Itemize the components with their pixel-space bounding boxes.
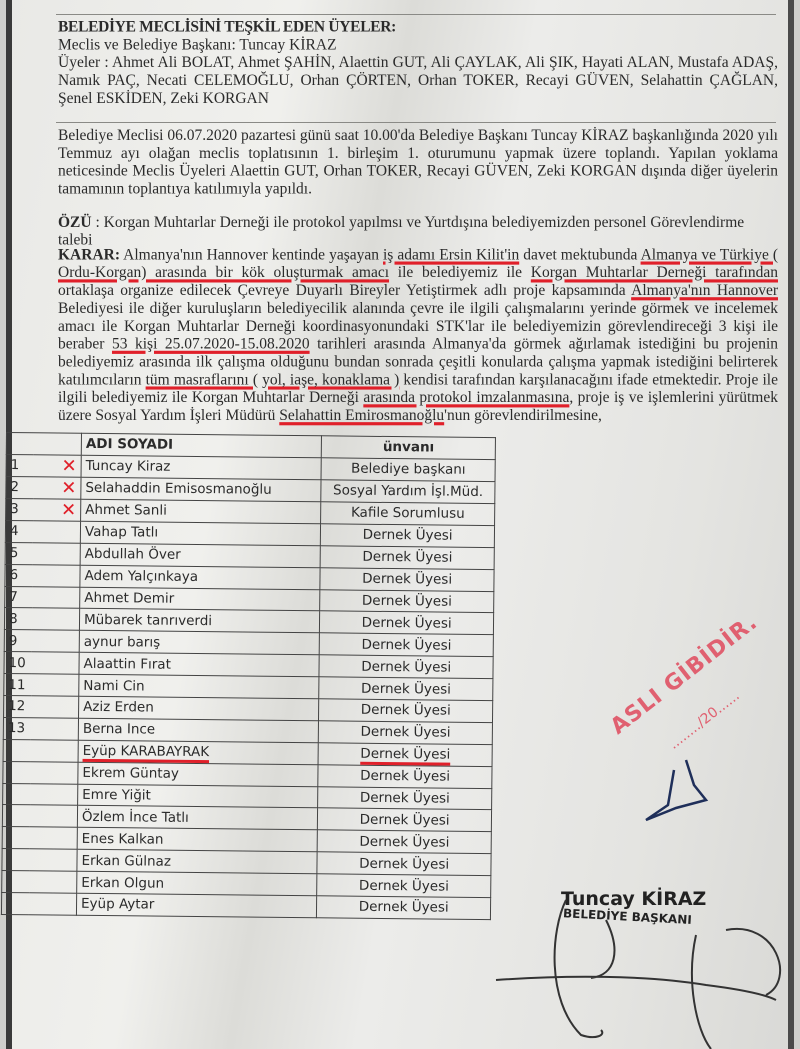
participant-title: Dernek Üyesi: [320, 567, 494, 591]
participant-name: Erkan Olgun: [77, 871, 318, 895]
underlined-phrase: tüm masraflarını ( yol, iaşe, konaklama …: [146, 371, 400, 389]
participant-title: Belediye başkanı: [321, 458, 495, 482]
red-x-mark-icon: ✕: [33, 499, 81, 521]
participant-name: Berna Ince: [78, 718, 319, 742]
mark-cell: [31, 674, 79, 696]
document-page: BELEDİYE MECLİSİNİ TEŞKİL EDEN ÜYELER: M…: [6, 0, 794, 1049]
mark-cell: [30, 718, 78, 740]
underlined-phrase: 53 kişi 25.07.2020-15.08.2020: [112, 335, 310, 353]
council-members-section: BELEDİYE MECLİSİNİ TEŞKİL EDEN ÜYELER: M…: [58, 18, 778, 107]
decision-paragraph: KARAR: Almanya'nın Hannover kentinde yaş…: [58, 246, 778, 425]
stamp-date: ......../20......: [666, 688, 743, 753]
row-number: [2, 805, 29, 827]
signature-block: Tuncay KİRAZ BELEDİYE BAŞKANI: [561, 888, 706, 924]
row-number: 3: [6, 498, 33, 520]
row-number: [2, 871, 29, 893]
participant-title: Dernek Üyesi: [320, 546, 494, 570]
participant-name: Emre Yiğit: [78, 784, 319, 808]
participant-title: Dernek Üyesi: [317, 874, 491, 898]
summary-label: ÖZÜ: [58, 213, 92, 231]
participant-title: Dernek Üyesi: [317, 830, 491, 854]
row-number: 6: [5, 564, 32, 586]
row-number: 1: [6, 454, 33, 476]
mark-cell: [32, 543, 80, 565]
chairman-line: Meclis ve Belediye Başkanı: Tuncay KİRAZ: [58, 36, 778, 54]
page-edge-right: [788, 0, 794, 1049]
mark-cell: [30, 805, 78, 827]
mark-cell: [33, 521, 81, 543]
participant-name: Özlem İnce Tatlı: [77, 806, 318, 830]
participant-name: Eyüp KARABAYRAK: [78, 740, 319, 764]
participant-name: Erkan Gülnaz: [77, 850, 318, 874]
underlined-phrase: iş adamı Ersin Kilit'in: [383, 246, 519, 264]
participant-title: Sosyal Yardım İşl.Müd.: [321, 480, 495, 504]
column-header-title: ünvanı: [322, 436, 496, 460]
participant-name: Aziz Erden: [78, 696, 319, 720]
mark-cell: [31, 630, 79, 652]
underlined-phrase: arasında protokol imzalanmasına: [363, 389, 569, 407]
mark-cell: [29, 893, 77, 915]
participant-name: Vahap Tatlı: [80, 521, 321, 545]
participant-title: Dernek Üyesi: [317, 852, 491, 876]
participant-title: Dernek Üyesi: [318, 808, 492, 832]
row-number: [1, 893, 28, 915]
participant-name: Tuncay Kiraz: [81, 455, 322, 480]
participant-name: Ekrem Güntay: [78, 762, 319, 786]
summary-text: : Korgan Muhtarlar Derneği ile protokol …: [58, 213, 744, 249]
mark-cell: [29, 827, 77, 849]
mark-cell: [32, 608, 80, 630]
decision-text-segment: ile belediyemiz ile: [389, 264, 531, 282]
row-number: 12: [4, 696, 31, 718]
participant-name: Abdullah Över: [80, 543, 321, 567]
decision-label: KARAR:: [58, 246, 120, 264]
underlined-phrase: Korgan Muhtarlar Derneği tarafından: [531, 264, 778, 282]
participant-title: Dernek Üyesi: [318, 764, 492, 788]
row-number: 2: [6, 476, 33, 498]
red-x-mark-icon: ✕: [33, 477, 81, 499]
mark-cell: [29, 871, 77, 893]
participant-title: Dernek Üyesi: [318, 743, 492, 767]
mark-cell: [31, 652, 79, 674]
row-number: [2, 849, 29, 871]
mark-cell: [30, 740, 78, 762]
mark-cell: [31, 696, 79, 718]
participant-title: Dernek Üyesi: [320, 589, 494, 613]
participant-name: Ahmet Sanli: [81, 499, 322, 524]
participant-name: aynur barış: [79, 631, 320, 655]
participant-title: Dernek Üyesi: [319, 677, 493, 701]
participant-name: Ahmet Demir: [80, 587, 321, 611]
mark-cell: [32, 564, 80, 586]
column-header-name: ADI SOYADI: [81, 433, 322, 457]
decision-text-segment: ortaklaşa organize edilecek Çevreye Duya…: [58, 281, 631, 299]
participant-title: Dernek Üyesi: [317, 896, 491, 920]
participant-title: Dernek Üyesi: [318, 786, 492, 810]
underlined-phrase: Selahattin Emirosmanoğlu: [279, 406, 444, 424]
decision-text: Almanya'nın Hannover kentinde yaşayan iş…: [58, 246, 778, 425]
underlined-phrase: Almanya'nın Hannover: [631, 281, 778, 299]
participants-table: ADI SOYADI ünvanı 1✕Tuncay KirazBelediye…: [1, 432, 496, 920]
participant-name: Adem Yalçınkaya: [80, 565, 321, 589]
participant-name: Selahaddin Emisosmanoğlu: [81, 477, 322, 502]
row-number: 5: [5, 542, 32, 564]
participant-title: Kafile Sorumlusu: [321, 502, 495, 526]
decision-text-segment: 'nun görevlendirilmesine,: [444, 406, 602, 424]
meeting-paragraph: Belediye Meclisi 06.07.2020 pazartesi gü…: [58, 126, 778, 197]
participant-name: Eyüp Aytar: [76, 893, 317, 917]
mark-cell: [32, 586, 80, 608]
row-number: [3, 761, 30, 783]
participant-name: Nami Cin: [79, 674, 320, 698]
row-number: 11: [4, 674, 31, 696]
meeting-text: Belediye Meclisi 06.07.2020 pazartesi gü…: [58, 126, 778, 197]
certified-copy-stamp: ASLI GİBİDİR.: [606, 610, 763, 740]
section-title: BELEDİYE MECLİSİNİ TEŞKİL EDEN ÜYELER:: [58, 18, 778, 36]
row-number: 8: [4, 608, 31, 630]
stamp-signature-icon: [646, 760, 706, 820]
divider: [56, 122, 776, 123]
decision-text-segment: Almanya'nın Hannover kentinde yaşayan: [120, 246, 383, 264]
participant-title: Dernek Üyesi: [320, 611, 494, 635]
participant-name: Alaattin Fırat: [79, 653, 320, 677]
divider: [56, 14, 776, 15]
red-x-mark-icon: ✕: [33, 455, 81, 477]
participant-title: Dernek Üyesi: [319, 721, 493, 745]
summary-paragraph: ÖZÜ : Korgan Muhtarlar Derneği ile proto…: [58, 213, 778, 249]
participant-name: Mübarek tanrıverdi: [79, 609, 320, 633]
mark-cell: [30, 783, 78, 805]
row-number: 13: [3, 717, 30, 739]
row-number: [3, 783, 30, 805]
participant-title: Dernek Üyesi: [321, 524, 495, 548]
mark-cell: [29, 849, 77, 871]
row-number: 10: [4, 652, 31, 674]
row-number: 9: [4, 630, 31, 652]
participant-title: Dernek Üyesi: [319, 655, 493, 679]
decision-text-segment: davet mektubunda: [519, 246, 640, 264]
row-number: [2, 827, 29, 849]
row-number: 7: [5, 586, 32, 608]
participant-title: Dernek Üyesi: [319, 699, 493, 723]
mark-cell: [30, 761, 78, 783]
participant-name: Enes Kalkan: [77, 828, 318, 852]
row-number: [3, 739, 30, 761]
row-number: 4: [5, 520, 32, 542]
participant-title: Dernek Üyesi: [320, 633, 494, 657]
members-line: Üyeler : Ahmet Ali BOLAT, Ahmet ŞAHİN, A…: [58, 54, 778, 108]
table-row: Eyüp AytarDernek Üyesi: [1, 893, 490, 920]
